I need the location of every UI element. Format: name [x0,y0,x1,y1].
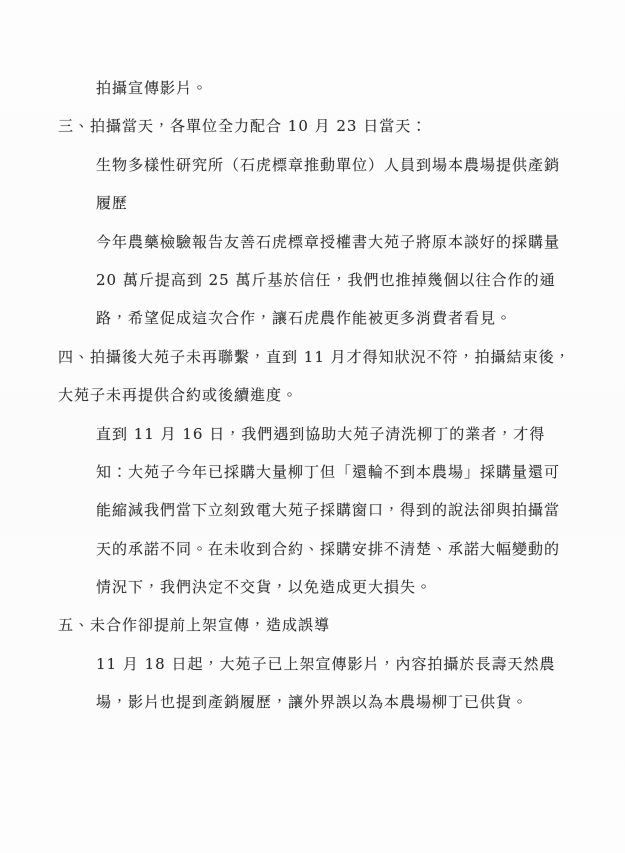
text-line: 天的承諾不同。在未收到合約、採購安排不清楚、承諾大幅變動的 [0,530,625,568]
document-page: 拍攝宣傳影片。 三、拍攝當天，各單位全力配合 10 月 23 日當天： 生物多樣… [0,0,625,853]
text-line: 路，希望促成這次合作，讓石虎農作能被更多消費者看見。 [0,299,625,337]
text-line: 今年農藥檢驗報告友善石虎標章授權書大苑子將原本談好的採購量 [0,223,625,261]
text-line-item-5: 五、未合作卻提前上架宣傳，造成誤導 [0,606,625,644]
text-line: 能縮減我們當下立刻致電大苑子採購窗口，得到的說法卻與拍攝當 [0,491,625,529]
text-line: 情況下，我們決定不交貨，以免造成更大損失。 [0,568,625,606]
text-line: 場，影片也提到產銷履歷，讓外界誤以為本農場柳丁已供貨。 [0,683,625,721]
text-line: 拍攝宣傳影片。 [0,69,625,107]
text-line: 20 萬斤提高到 25 萬斤基於信任，我們也推掉幾個以往合作的通 [0,261,625,299]
text-line: 11 月 18 日起，大苑子已上架宣傳影片，內容拍攝於長壽天然農 [0,645,625,683]
text-line: 履歷 [0,184,625,222]
text-line-item-4: 四、拍攝後大苑子未再聯繫，直到 11 月才得知狀況不符，拍攝結束後， [0,338,625,376]
text-line: 生物多樣性研究所（石虎標章推動單位）人員到場本農場提供產銷 [0,146,625,184]
text-line: 大苑子未再提供合約或後續進度。 [0,376,625,414]
text-line: 知：大苑子今年已採購大量柳丁但「還輪不到本農場」採購量還可 [0,453,625,491]
text-line-item-3: 三、拍攝當天，各單位全力配合 10 月 23 日當天： [0,107,625,145]
text-line: 直到 11 月 16 日，我們遇到協助大苑子清洗柳丁的業者，才得 [0,415,625,453]
